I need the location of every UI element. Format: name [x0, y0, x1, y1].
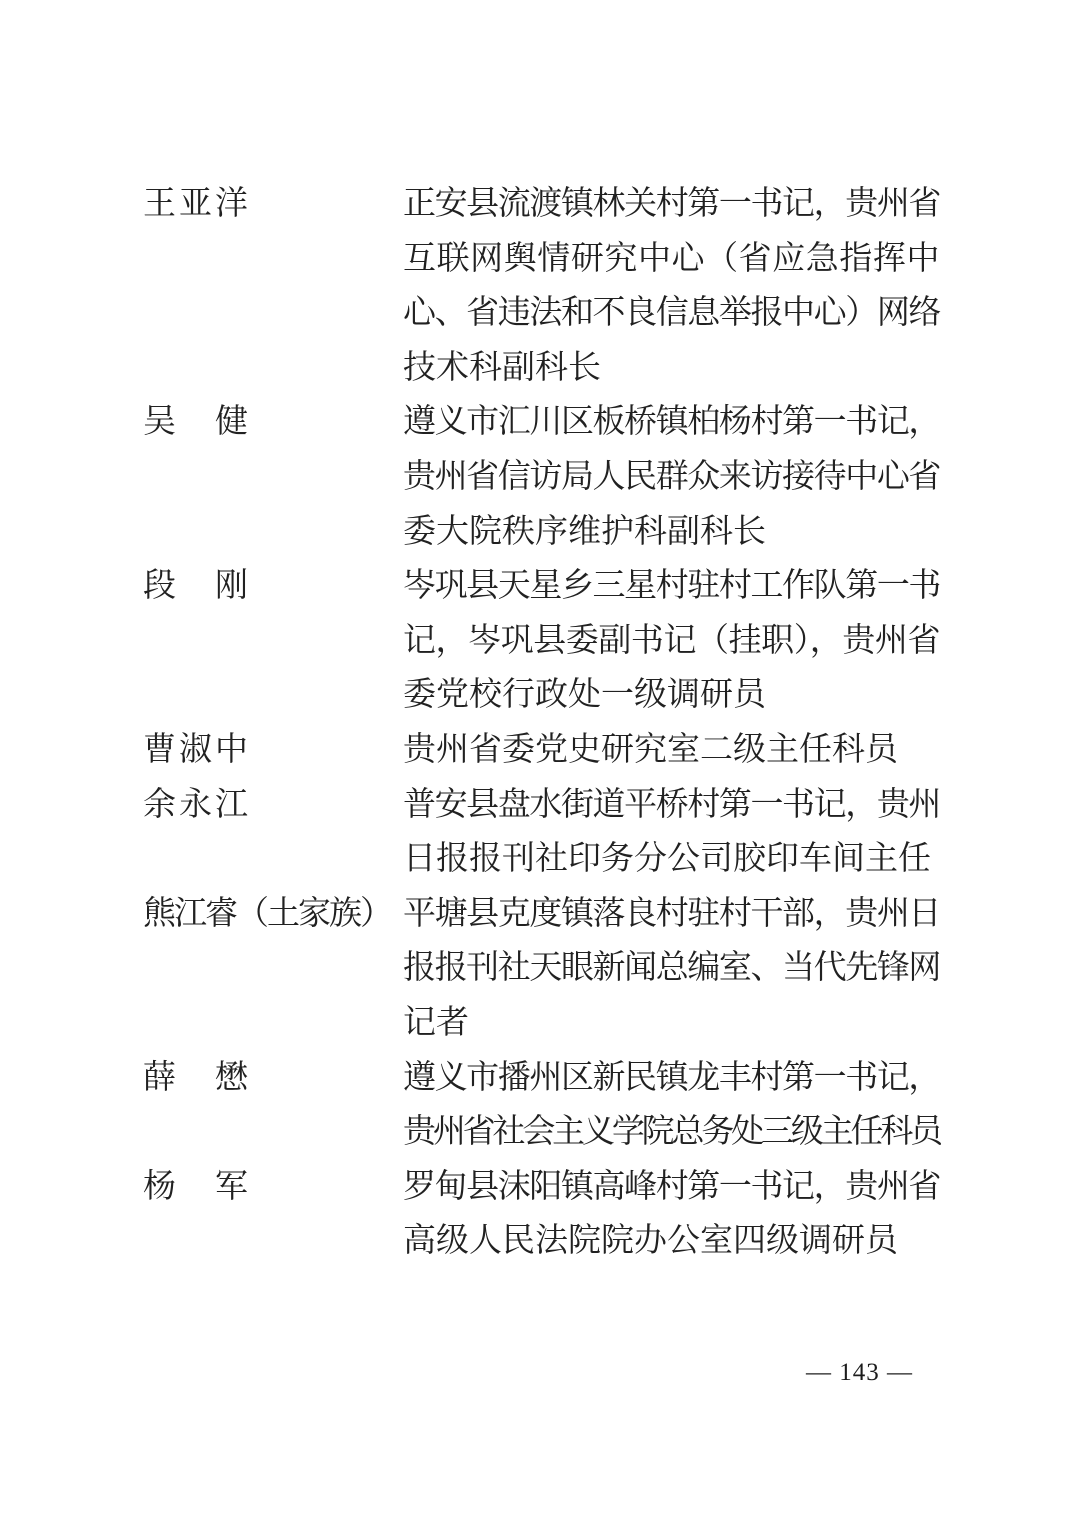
list-item: 曹淑中 贵州省委党史研究室二级主任科员 — [143, 723, 940, 778]
list-item: 熊江睿（土家族） 平塘县克度镇落良村驻村干部，贵州日 报报刊社天眼新闻总编室、当… — [143, 887, 940, 1051]
position-line: 平塘县克度镇落良村驻村干部，贵州日 — [403, 887, 940, 942]
list-item: 余永江 普安县盘水街道平桥村第一书记，贵州 日报报刊社印务分公司胶印车间主任 — [143, 778, 940, 887]
position-line: 高级人民法院院办公室四级调研员 — [403, 1214, 940, 1269]
person-position: 罗甸县沫阳镇高峰村第一书记，贵州省 高级人民法院院办公室四级调研员 — [403, 1160, 940, 1269]
position-line: 委大院秩序维护科副科长 — [403, 505, 940, 560]
page-number: — 143 — — [806, 1356, 913, 1390]
position-line: 罗甸县沫阳镇高峰村第一书记，贵州省 — [403, 1160, 940, 1215]
person-name: 吴 健 — [143, 395, 403, 450]
position-line: 贵州省信访局人民群众来访接待中心省 — [403, 450, 940, 505]
list-item: 杨 军 罗甸县沫阳镇高峰村第一书记，贵州省 高级人民法院院办公室四级调研员 — [143, 1160, 940, 1269]
list-item: 吴 健 遵义市汇川区板桥镇柏杨村第一书记， 贵州省信访局人民群众来访接待中心省 … — [143, 395, 940, 559]
list-item: 薛 懋 遵义市播州区新民镇龙丰村第一书记， 贵州省社会主义学院总务处三级主任科员 — [143, 1051, 940, 1160]
person-name: 熊江睿（土家族） — [143, 887, 403, 942]
person-position: 贵州省委党史研究室二级主任科员 — [403, 723, 940, 778]
list-item: 王亚洋 正安县流渡镇林关村第一书记，贵州省 互联网舆情研究中心（省应急指挥中 心… — [143, 177, 940, 395]
person-position: 遵义市汇川区板桥镇柏杨村第一书记， 贵州省信访局人民群众来访接待中心省 委大院秩… — [403, 395, 940, 559]
position-line: 委党校行政处一级调研员 — [403, 668, 940, 723]
position-line: 日报报刊社印务分公司胶印车间主任 — [403, 832, 940, 887]
person-name: 薛 懋 — [143, 1051, 403, 1106]
person-position: 岑巩县天星乡三星村驻村工作队第一书 记，岑巩县委副书记（挂职），贵州省 委党校行… — [403, 559, 940, 723]
position-line: 岑巩县天星乡三星村驻村工作队第一书 — [403, 559, 940, 614]
position-line: 技术科副科长 — [403, 341, 940, 396]
person-name: 王亚洋 — [143, 177, 403, 232]
list-item: 段 刚 岑巩县天星乡三星村驻村工作队第一书 记，岑巩县委副书记（挂职），贵州省 … — [143, 559, 940, 723]
person-name: 杨 军 — [143, 1160, 403, 1215]
position-line: 贵州省社会主义学院总务处三级主任科员 — [403, 1105, 940, 1160]
position-line: 记者 — [403, 996, 940, 1051]
person-name: 余永江 — [143, 778, 403, 833]
position-line: 正安县流渡镇林关村第一书记，贵州省 — [403, 177, 940, 232]
person-name: 段 刚 — [143, 559, 403, 614]
award-roster-list: 王亚洋 正安县流渡镇林关村第一书记，贵州省 互联网舆情研究中心（省应急指挥中 心… — [143, 177, 940, 1269]
position-line: 普安县盘水街道平桥村第一书记，贵州 — [403, 778, 940, 833]
position-line: 互联网舆情研究中心（省应急指挥中 — [403, 232, 940, 287]
person-name: 曹淑中 — [143, 723, 403, 778]
document-page: 王亚洋 正安县流渡镇林关村第一书记，贵州省 互联网舆情研究中心（省应急指挥中 心… — [0, 0, 1080, 1527]
position-line: 心、省违法和不良信息举报中心）网络 — [403, 286, 940, 341]
position-line: 报报刊社天眼新闻总编室、当代先锋网 — [403, 941, 940, 996]
person-position: 平塘县克度镇落良村驻村干部，贵州日 报报刊社天眼新闻总编室、当代先锋网 记者 — [403, 887, 940, 1051]
position-line: 记，岑巩县委副书记（挂职），贵州省 — [403, 614, 940, 669]
person-position: 正安县流渡镇林关村第一书记，贵州省 互联网舆情研究中心（省应急指挥中 心、省违法… — [403, 177, 940, 395]
position-line: 遵义市播州区新民镇龙丰村第一书记， — [403, 1051, 940, 1106]
position-line: 遵义市汇川区板桥镇柏杨村第一书记， — [403, 395, 940, 450]
person-position: 遵义市播州区新民镇龙丰村第一书记， 贵州省社会主义学院总务处三级主任科员 — [403, 1051, 940, 1160]
position-line: 贵州省委党史研究室二级主任科员 — [403, 723, 940, 778]
person-position: 普安县盘水街道平桥村第一书记，贵州 日报报刊社印务分公司胶印车间主任 — [403, 778, 940, 887]
